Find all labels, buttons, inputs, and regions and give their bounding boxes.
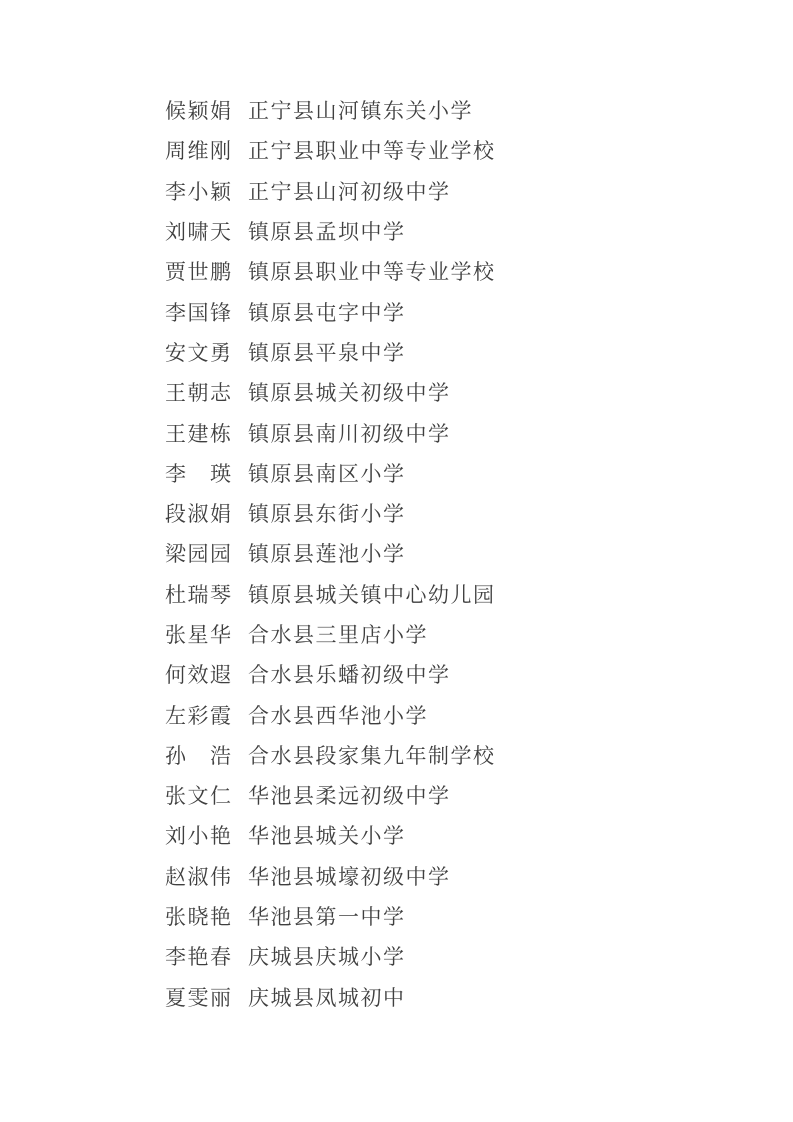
teacher-name: 王朝志 [165, 377, 248, 407]
teacher-name: 李国锋 [165, 297, 248, 327]
teacher-name: 段淑娟 [165, 498, 248, 528]
teacher-name: 夏雯丽 [165, 982, 248, 1012]
school-name: 正宁县山河初级中学 [248, 176, 451, 206]
teacher-name: 李艳春 [165, 941, 248, 971]
document-page: 候颖娟 正宁县山河镇东关小学 周维刚 正宁县职业中等专业学校 李小颖 正宁县山河… [0, 0, 793, 1122]
list-item: 夏雯丽 庆城县凤城初中 [165, 977, 496, 1017]
teacher-name: 张星华 [165, 619, 248, 649]
teacher-school-list: 候颖娟 正宁县山河镇东关小学 周维刚 正宁县职业中等专业学校 李小颖 正宁县山河… [165, 90, 496, 1017]
list-item: 安文勇 镇原县平泉中学 [165, 332, 496, 372]
school-name: 镇原县屯字中学 [248, 297, 406, 327]
teacher-name: 安文勇 [165, 337, 248, 367]
teacher-name: 刘啸天 [165, 216, 248, 246]
teacher-name: 孙 浩 [165, 740, 248, 770]
list-item: 何效遐 合水县乐蟠初级中学 [165, 654, 496, 694]
school-name: 华池县柔远初级中学 [248, 780, 451, 810]
teacher-name: 贾世鹏 [165, 256, 248, 286]
list-item: 刘小艳 华池县城关小学 [165, 815, 496, 855]
teacher-name: 张晓艳 [165, 901, 248, 931]
teacher-name: 何效遐 [165, 659, 248, 689]
school-name: 镇原县南川初级中学 [248, 418, 451, 448]
teacher-name: 张文仁 [165, 780, 248, 810]
teacher-name: 梁园园 [165, 538, 248, 568]
school-name: 镇原县东街小学 [248, 498, 406, 528]
school-name: 镇原县城关镇中心幼儿园 [248, 579, 496, 609]
school-name: 正宁县山河镇东关小学 [248, 95, 473, 125]
school-name: 镇原县孟坝中学 [248, 216, 406, 246]
list-item: 周维刚 正宁县职业中等专业学校 [165, 130, 496, 170]
teacher-name: 李小颖 [165, 176, 248, 206]
school-name: 合水县段家集九年制学校 [248, 740, 496, 770]
teacher-name: 赵淑伟 [165, 861, 248, 891]
list-item: 刘啸天 镇原县孟坝中学 [165, 211, 496, 251]
list-item: 李小颖 正宁县山河初级中学 [165, 171, 496, 211]
school-name: 华池县城壕初级中学 [248, 861, 451, 891]
list-item: 李艳春 庆城县庆城小学 [165, 936, 496, 976]
school-name: 合水县三里店小学 [248, 619, 428, 649]
teacher-name: 候颖娟 [165, 95, 248, 125]
list-item: 张星华 合水县三里店小学 [165, 614, 496, 654]
school-name: 镇原县职业中等专业学校 [248, 256, 496, 286]
teacher-name: 杜瑞琴 [165, 579, 248, 609]
school-name: 庆城县庆城小学 [248, 941, 406, 971]
teacher-name: 周维刚 [165, 135, 248, 165]
school-name: 镇原县莲池小学 [248, 538, 406, 568]
list-item: 张文仁 华池县柔远初级中学 [165, 775, 496, 815]
school-name: 庆城县凤城初中 [248, 982, 406, 1012]
list-item: 段淑娟 镇原县东街小学 [165, 493, 496, 533]
list-item: 王朝志 镇原县城关初级中学 [165, 372, 496, 412]
list-item: 李国锋 镇原县屯字中学 [165, 291, 496, 331]
school-name: 镇原县平泉中学 [248, 337, 406, 367]
school-name: 合水县西华池小学 [248, 700, 428, 730]
teacher-name: 李 瑛 [165, 458, 248, 488]
teacher-name: 刘小艳 [165, 820, 248, 850]
teacher-name: 左彩霞 [165, 700, 248, 730]
list-item: 候颖娟 正宁县山河镇东关小学 [165, 90, 496, 130]
school-name: 华池县第一中学 [248, 901, 406, 931]
teacher-name: 王建栋 [165, 418, 248, 448]
school-name: 镇原县城关初级中学 [248, 377, 451, 407]
list-item: 梁园园 镇原县莲池小学 [165, 533, 496, 573]
list-item: 赵淑伟 华池县城壕初级中学 [165, 856, 496, 896]
school-name: 合水县乐蟠初级中学 [248, 659, 451, 689]
list-item: 杜瑞琴 镇原县城关镇中心幼儿园 [165, 574, 496, 614]
list-item: 王建栋 镇原县南川初级中学 [165, 412, 496, 452]
list-item: 孙 浩 合水县段家集九年制学校 [165, 735, 496, 775]
list-item: 左彩霞 合水县西华池小学 [165, 694, 496, 734]
list-item: 贾世鹏 镇原县职业中等专业学校 [165, 251, 496, 291]
school-name: 华池县城关小学 [248, 820, 406, 850]
list-item: 李 瑛 镇原县南区小学 [165, 453, 496, 493]
school-name: 镇原县南区小学 [248, 458, 406, 488]
list-item: 张晓艳 华池县第一中学 [165, 896, 496, 936]
school-name: 正宁县职业中等专业学校 [248, 135, 496, 165]
